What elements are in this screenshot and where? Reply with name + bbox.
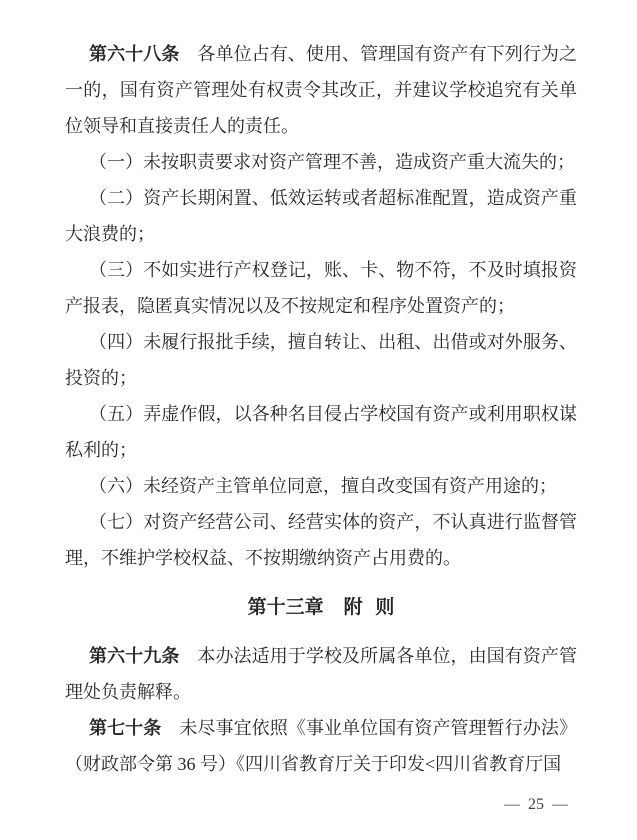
chapter-heading: 第十三章附 则 <box>65 590 577 626</box>
clause-2-text: （二）资产长期闲置、低效运转或者超标准配置，造成资产重大浪费的； <box>65 188 577 244</box>
article-69-number: 第六十九条 <box>89 646 179 666</box>
clause-1: （一）未按职责要求对资产管理不善，造成资产重大流失的； <box>65 144 577 180</box>
article-69-paragraph: 第六十九条本办法适用于学校及所属各单位，由国有资产管理处负责解释。 <box>65 638 577 710</box>
chapter-number: 第十三章 <box>248 597 324 618</box>
clause-4: （四）未履行报批手续，擅自转让、出租、出借或对外服务、投资的； <box>65 324 577 396</box>
clause-2: （二）资产长期闲置、低效运转或者超标准配置，造成资产重大浪费的； <box>65 180 577 252</box>
clause-5-text: （五）弄虚作假，以各种名目侵占学校国有资产或利用职权谋私利的； <box>65 404 577 460</box>
clause-3: （三）不如实进行产权登记，账、卡、物不符，不及时填报资产报表，隐匿真实情况以及不… <box>65 252 577 324</box>
clause-4-text: （四）未履行报批手续，擅自转让、出租、出借或对外服务、投资的； <box>65 332 577 388</box>
clause-1-text: （一）未按职责要求对资产管理不善，造成资产重大流失的； <box>89 152 575 172</box>
clause-6: （六）未经资产主管单位同意，擅自改变国有资产用途的； <box>65 468 577 504</box>
clause-5: （五）弄虚作假，以各种名目侵占学校国有资产或利用职权谋私利的； <box>65 396 577 468</box>
chapter-title: 附 则 <box>344 597 395 618</box>
clause-7-text: （七）对资产经营公司、经营实体的资产，不认真进行监督管理，不维护学校权益、不按期… <box>65 512 577 568</box>
document-body: 第六十八条各单位占有、使用、管理国有资产有下列行为之一的，国有资产管理处有权责令… <box>65 36 577 782</box>
clause-7: （七）对资产经营公司、经营实体的资产，不认真进行监督管理，不维护学校权益、不按期… <box>65 504 577 576</box>
article-68-number: 第六十八条 <box>89 44 179 64</box>
article-70-number: 第七十条 <box>89 718 161 738</box>
document-page: 第六十八条各单位占有、使用、管理国有资产有下列行为之一的，国有资产管理处有权责令… <box>0 0 637 840</box>
article-70-paragraph: 第七十条未尽事宜依照《事业单位国有资产管理暂行办法》（财政部令第 36 号）《四… <box>65 710 577 782</box>
clause-6-text: （六）未经资产主管单位同意，擅自改变国有资产用途的； <box>89 476 557 496</box>
article-68-paragraph: 第六十八条各单位占有、使用、管理国有资产有下列行为之一的，国有资产管理处有权责令… <box>65 36 577 144</box>
clause-3-text: （三）不如实进行产权登记，账、卡、物不符，不及时填报资产报表，隐匿真实情况以及不… <box>65 260 577 316</box>
page-number: — 25 — <box>493 795 579 815</box>
